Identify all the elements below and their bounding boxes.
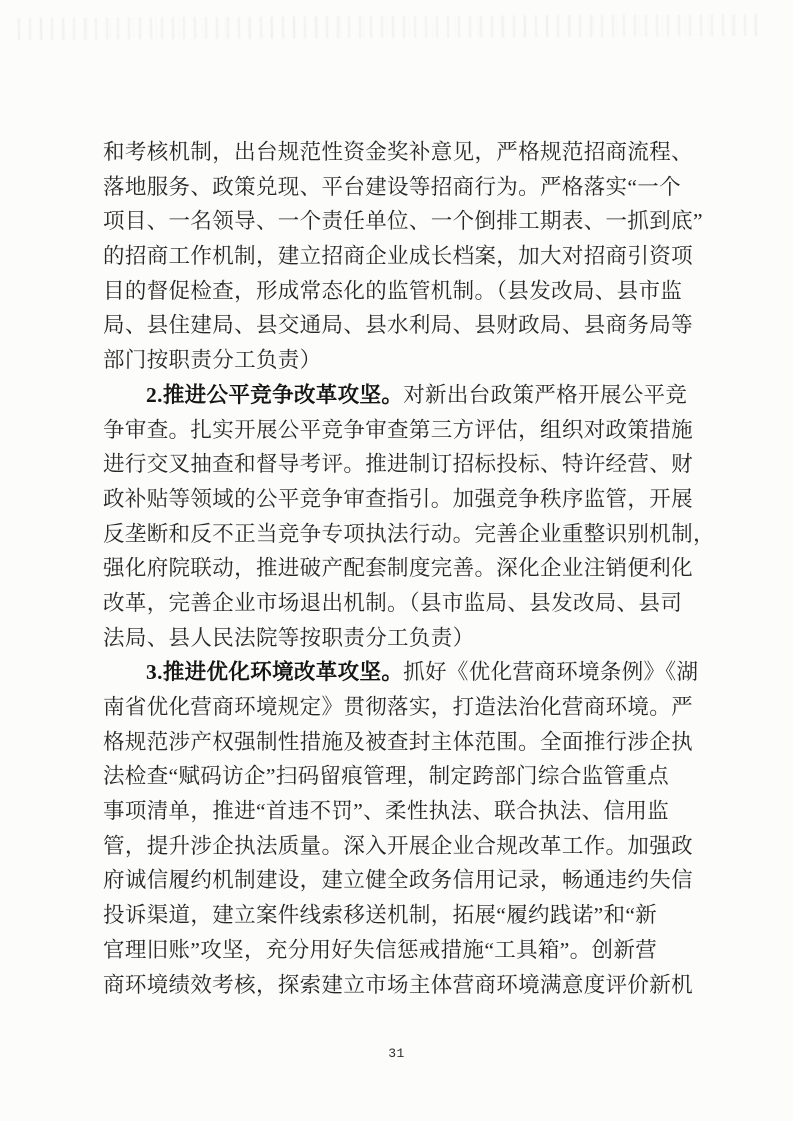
text-segment: 部门按职责分工负责）	[103, 348, 322, 372]
text-segment: 事项清单，推进“首违不罚”、柔性执法、联合执法、信用监	[103, 799, 669, 823]
text-line: 格规范涉产权强制性措施及被查封主体范围。全面推行涉企执	[103, 725, 693, 760]
text-line: 目的督促检查，形成常态化的监管机制。（县发改局、县市监	[103, 274, 693, 309]
text-line: 府诚信履约机制建设，建立健全政务信用记录，畅通违约失信	[103, 863, 693, 898]
text-segment: 官理旧账”攻坚，充分用好失信惩戒措施“工具箱”。创新营	[103, 938, 657, 962]
text-segment: 落地服务、政策兑现、平台建设等招商行为。严格落实“一个	[103, 175, 681, 199]
text-segment: 投诉渠道，建立案件线索移送机制，拓展“履约践诺”和“新	[103, 903, 657, 927]
scan-noise-artifact	[18, 14, 766, 40]
text-line: 强化府院联动，推进破产配套制度完善。深化企业注销便利化	[103, 551, 693, 586]
text-segment: 目的督促检查，形成常态化的监管机制。（县发改局、县市监	[103, 279, 682, 303]
document-body: 和考核机制，出台规范性资金奖补意见，严格规范招商流程、落地服务、政策兑现、平台建…	[103, 135, 693, 1002]
text-line: 进行交叉抽查和督导考评。推进制订招标投标、特许经营、财	[103, 447, 693, 482]
text-segment: 和考核机制，出台规范性资金奖补意见，严格规范招商流程、	[103, 140, 693, 164]
text-line: 改革，完善企业市场退出机制。（县市监局、县发改局、县司	[103, 586, 693, 621]
text-line: 官理旧账”攻坚，充分用好失信惩戒措施“工具箱”。创新营	[103, 933, 693, 968]
text-segment: 抓好《优化营商环境条例》《湖	[403, 660, 698, 684]
text-line: 3.推进优化环境改革攻坚。抓好《优化营商环境条例》《湖	[103, 655, 693, 690]
text-line: 落地服务、政策兑现、平台建设等招商行为。严格落实“一个	[103, 170, 693, 205]
bold-heading-segment: 2.推进公平竞争改革攻坚。	[146, 383, 403, 407]
text-segment: 改革，完善企业市场退出机制。（县市监局、县发改局、县司	[103, 591, 682, 615]
text-segment: 反垄断和反不正当竞争专项执法行动。完善企业重整识别机制，	[103, 522, 715, 546]
text-segment: 南省优化营商环境规定》贯彻落实，打造法治化营商环境。严	[103, 695, 693, 719]
text-segment: 格规范涉产权强制性措施及被查封主体范围。全面推行涉企执	[103, 730, 693, 754]
text-segment: 管，提升涉企执法质量。深入开展企业合规改革工作。加强政	[103, 834, 693, 858]
text-line: 法检查“赋码访企”扫码留痕管理，制定跨部门综合监管重点	[103, 759, 693, 794]
text-line: 政补贴等领域的公平竞争审查指引。加强竞争秩序监管，开展	[103, 482, 693, 517]
text-segment: 政补贴等领域的公平竞争审查指引。加强竞争秩序监管，开展	[103, 487, 693, 511]
text-line: 法局、县人民法院等按职责分工负责）	[103, 621, 693, 656]
document-page: 和考核机制，出台规范性资金奖补意见，严格规范招商流程、落地服务、政策兑现、平台建…	[0, 0, 793, 1121]
text-line: 管，提升涉企执法质量。深入开展企业合规改革工作。加强政	[103, 829, 693, 864]
text-line: 争审查。扎实开展公平竞争审查第三方评估，组织对政策措施	[103, 413, 693, 448]
text-segment: 争审查。扎实开展公平竞争审查第三方评估，组织对政策措施	[103, 418, 693, 442]
text-segment: 强化府院联动，推进破产配套制度完善。深化企业注销便利化	[103, 556, 693, 580]
text-line: 反垄断和反不正当竞争专项执法行动。完善企业重整识别机制，	[103, 517, 693, 552]
text-segment: 局、县住建局、县交通局、县水利局、县财政局、县商务局等	[103, 313, 693, 337]
text-segment: 法局、县人民法院等按职责分工负责）	[103, 626, 474, 650]
text-segment: 进行交叉抽查和督导考评。推进制订招标投标、特许经营、财	[103, 452, 693, 476]
text-segment: 商环境绩效考核，探索建立市场主体营商环境满意度评价新机	[103, 973, 693, 997]
text-line: 投诉渠道，建立案件线索移送机制，拓展“履约践诺”和“新	[103, 898, 693, 933]
text-line: 南省优化营商环境规定》贯彻落实，打造法治化营商环境。严	[103, 690, 693, 725]
text-segment: 府诚信履约机制建设，建立健全政务信用记录，畅通违约失信	[103, 868, 693, 892]
text-line: 和考核机制，出台规范性资金奖补意见，严格规范招商流程、	[103, 135, 693, 170]
text-line: 的招商工作机制，建立招商企业成长档案，加大对招商引资项	[103, 239, 693, 274]
text-line: 局、县住建局、县交通局、县水利局、县财政局、县商务局等	[103, 308, 693, 343]
text-line: 项目、一名领导、一个责任单位、一个倒排工期表、一抓到底”	[103, 204, 693, 239]
text-segment: 项目、一名领导、一个责任单位、一个倒排工期表、一抓到底”	[103, 209, 703, 233]
text-line: 部门按职责分工负责）	[103, 343, 693, 378]
text-line: 商环境绩效考核，探索建立市场主体营商环境满意度评价新机	[103, 968, 693, 1003]
text-line: 2.推进公平竞争改革攻坚。对新出台政策严格开展公平竞	[103, 378, 693, 413]
text-segment: 的招商工作机制，建立招商企业成长档案，加大对招商引资项	[103, 244, 693, 268]
text-line: 事项清单，推进“首违不罚”、柔性执法、联合执法、信用监	[103, 794, 693, 829]
page-number: 31	[0, 1046, 793, 1061]
bold-heading-segment: 3.推进优化环境改革攻坚。	[146, 660, 403, 684]
text-segment: 法检查“赋码访企”扫码留痕管理，制定跨部门综合监管重点	[103, 764, 669, 788]
text-segment: 对新出台政策严格开展公平竞	[403, 383, 687, 407]
